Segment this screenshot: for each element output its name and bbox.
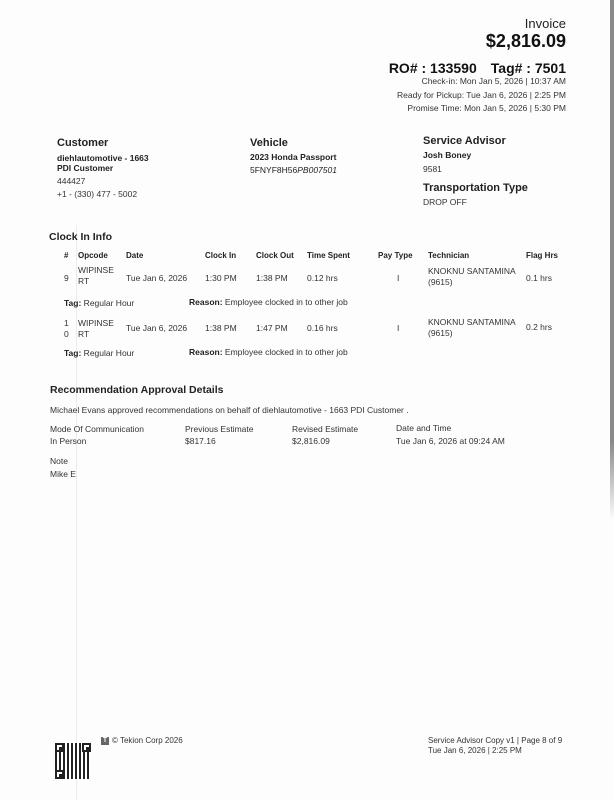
col-date: Date	[126, 251, 143, 260]
vehicle-title: Vehicle	[250, 137, 288, 149]
mode-value: In Person	[50, 436, 86, 446]
row-flag-hrs: 0.2 hrs	[526, 322, 552, 332]
recommendation-summary: Michael Evans approved recommendations o…	[50, 405, 409, 415]
ro-tag-line: RO# : 133590Tag# : 7501	[389, 60, 566, 76]
note-value: Mike E	[50, 469, 76, 479]
col-clock-out: Clock Out	[256, 251, 294, 260]
customer-phone: +1 - (330) 477 - 5002	[57, 189, 137, 199]
row-opcode: WIPINSE RT	[78, 265, 110, 287]
customer-title: Customer	[57, 137, 108, 149]
scan-fold-line	[76, 225, 77, 800]
row-tag: Tag: Regular Hour	[64, 298, 134, 308]
printed-at: Tue Jan 6, 2026 | 2:25 PM	[428, 746, 522, 755]
invoice-label: Invoice	[525, 16, 566, 31]
tag-number: Tag# : 7501	[491, 60, 566, 76]
previous-estimate-value: $817.16	[185, 436, 216, 446]
ready-for-pickup-time: Ready for Pickup: Tue Jan 6, 2026 | 2:25…	[397, 90, 566, 100]
mode-label: Mode Of Communication	[50, 424, 144, 434]
row-num: 9	[64, 273, 69, 283]
recommendation-title: Recommendation Approval Details	[50, 384, 223, 396]
col-opcode: Opcode	[78, 251, 108, 260]
col-time-spent: Time Spent	[307, 251, 350, 260]
datetime-value: Tue Jan 6, 2026 at 09:24 AM	[396, 436, 505, 446]
service-advisor-name: Josh Boney	[423, 150, 471, 160]
vehicle-vin: 5FNYF8H56PB007501	[250, 165, 337, 175]
row-clock-in: 1:30 PM	[205, 273, 237, 283]
previous-estimate-label: Previous Estimate	[185, 424, 254, 434]
col-flag-hrs: Flag Hrs	[526, 251, 558, 260]
row-date: Tue Jan 6, 2026	[126, 273, 187, 283]
vehicle-description: 2023 Honda Passport	[250, 152, 336, 162]
row-pay-type: I	[397, 273, 399, 283]
revised-estimate-label: Revised Estimate	[292, 424, 358, 434]
ro-number: RO# : 133590	[389, 60, 477, 76]
row-date: Tue Jan 6, 2026	[126, 323, 187, 333]
qr-code-icon	[55, 743, 91, 779]
copyright: T© Tekion Corp 2026	[101, 736, 183, 745]
row-num: 1 0	[64, 318, 72, 340]
col-clock-in: Clock In	[205, 251, 236, 260]
col-technician: Technician	[428, 251, 469, 260]
tekion-logo-icon: T	[101, 737, 109, 745]
customer-id: 444427	[57, 176, 85, 186]
col-pay-type: Pay Type	[378, 251, 413, 260]
row-technician: KNOKNU SANTAMINA (9615)	[428, 317, 523, 339]
row-time-spent: 0.12 hrs	[307, 273, 338, 283]
revised-estimate-value: $2,816.09	[292, 436, 330, 446]
row-clock-out: 1:38 PM	[256, 273, 288, 283]
check-in-time: Check-in: Mon Jan 5, 2026 | 10:37 AM	[422, 76, 566, 86]
row-tag: Tag: Regular Hour	[64, 348, 134, 358]
note-label: Note	[50, 456, 68, 466]
invoice-total: $2,816.09	[486, 31, 566, 52]
col-num: #	[64, 251, 68, 260]
row-clock-out: 1:47 PM	[256, 323, 288, 333]
customer-name-line2: PDI Customer	[57, 163, 113, 173]
copy-info: Service Advisor Copy v1 | Page 8 of 9	[428, 736, 562, 745]
customer-name-line1: diehlautomotive - 1663	[57, 153, 149, 163]
row-time-spent: 0.16 hrs	[307, 323, 338, 333]
service-advisor-id: 9581	[423, 164, 442, 174]
row-flag-hrs: 0.1 hrs	[526, 273, 552, 283]
row-technician: KNOKNU SANTAMINA (9615)	[428, 266, 523, 288]
row-reason: Reason: Employee clocked in to other job	[189, 297, 348, 307]
row-clock-in: 1:38 PM	[205, 323, 237, 333]
transportation-title: Transportation Type	[423, 182, 528, 194]
row-pay-type: I	[397, 323, 399, 333]
scan-edge-shadow	[610, 0, 614, 520]
row-reason: Reason: Employee clocked in to other job	[189, 347, 348, 357]
datetime-label: Date and Time	[396, 423, 451, 433]
service-advisor-title: Service Advisor	[423, 135, 506, 147]
transportation-value: DROP OFF	[423, 197, 467, 207]
clock-in-title: Clock In Info	[49, 231, 112, 243]
row-opcode: WIPINSE RT	[78, 318, 110, 340]
promise-time: Promise Time: Mon Jan 5, 2026 | 5:30 PM	[407, 103, 566, 113]
